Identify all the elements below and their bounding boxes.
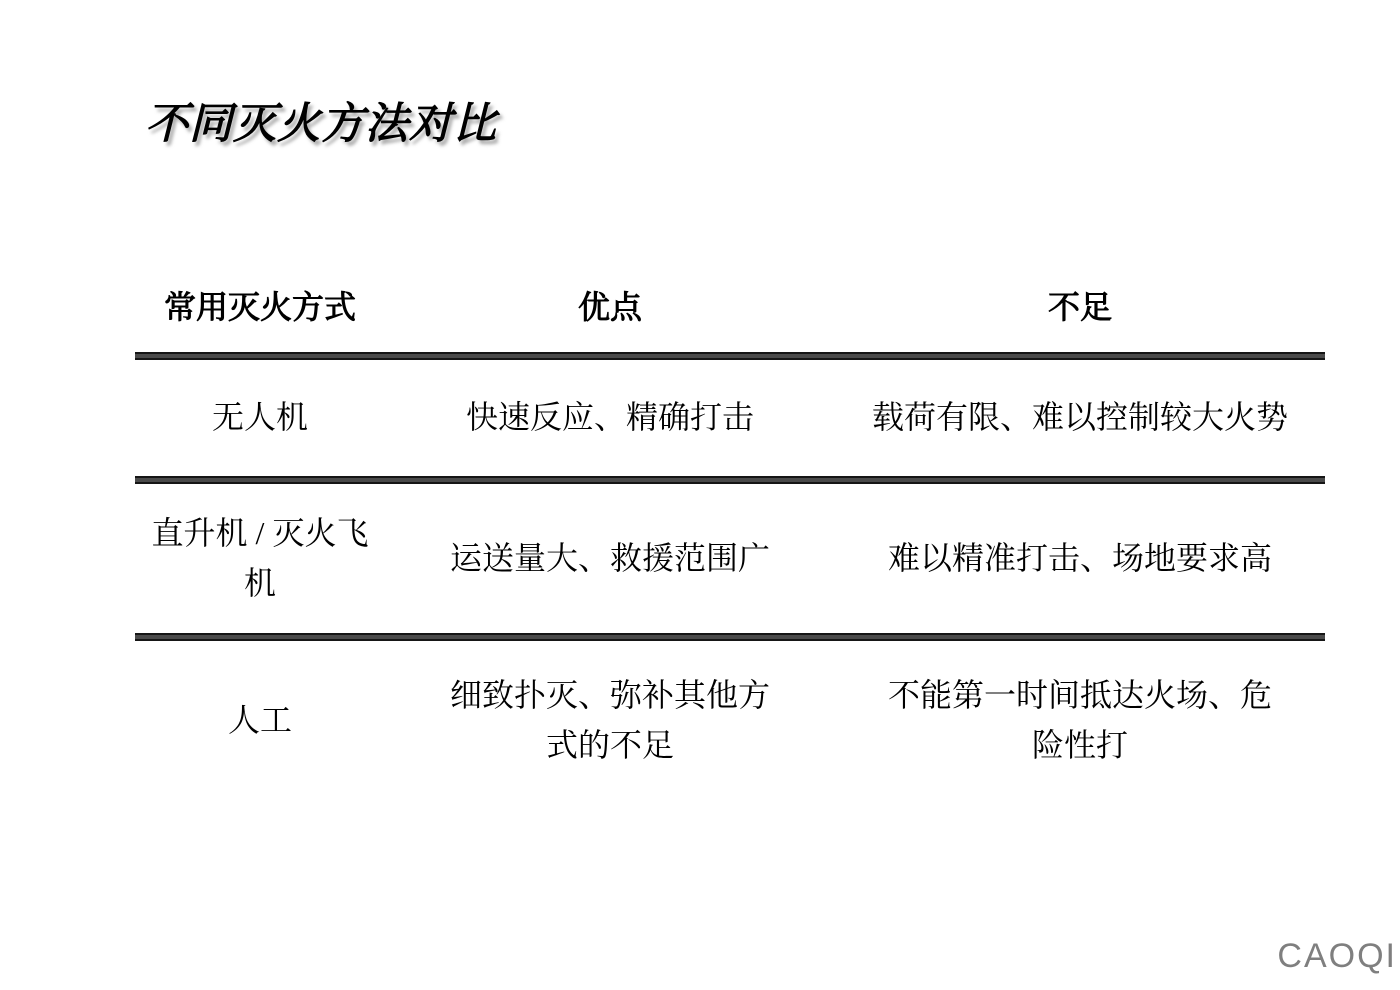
- divider-rule: [135, 352, 1325, 360]
- column-header-cons: 不足: [835, 264, 1325, 352]
- comparison-table: 常用灭火方式 优点 不足 无人机 快速反应、精确打击 载荷有限、难以控制较大火势…: [135, 264, 1325, 801]
- divider-rule: [135, 476, 1325, 484]
- cell-pros-helicopter: 运送量大、救援范围广: [385, 484, 835, 633]
- table-header-row: 常用灭火方式 优点 不足: [135, 264, 1325, 352]
- table-row: 直升机 / 灭火飞 机 运送量大、救援范围广 难以精准打击、场地要求高: [135, 484, 1325, 633]
- page-title: 不同灭火方法对比: [145, 90, 497, 151]
- cell-cons-manual: 不能第一时间抵达火场、危 险性打: [835, 641, 1325, 801]
- cell-method-drone: 无人机: [135, 360, 385, 476]
- table-row: 无人机 快速反应、精确打击 载荷有限、难以控制较大火势: [135, 360, 1325, 476]
- divider-rule: [135, 633, 1325, 641]
- cell-cons-helicopter: 难以精准打击、场地要求高: [835, 484, 1325, 633]
- column-header-pros: 优点: [385, 264, 835, 352]
- cell-cons-drone: 载荷有限、难以控制较大火势: [835, 360, 1325, 476]
- watermark: CAOQI: [1277, 937, 1397, 976]
- cell-method-manual: 人工: [135, 641, 385, 801]
- cell-pros-manual: 细致扑灭、弥补其他方 式的不足: [385, 641, 835, 801]
- column-header-method: 常用灭火方式: [135, 264, 385, 352]
- slide-canvas: 不同灭火方法对比 常用灭火方式 优点 不足 无人机 快速反应、精确打击 载荷有限…: [0, 0, 1400, 990]
- cell-pros-drone: 快速反应、精确打击: [385, 360, 835, 476]
- table-row: 人工 细致扑灭、弥补其他方 式的不足 不能第一时间抵达火场、危 险性打: [135, 641, 1325, 801]
- cell-method-helicopter: 直升机 / 灭火飞 机: [135, 484, 385, 633]
